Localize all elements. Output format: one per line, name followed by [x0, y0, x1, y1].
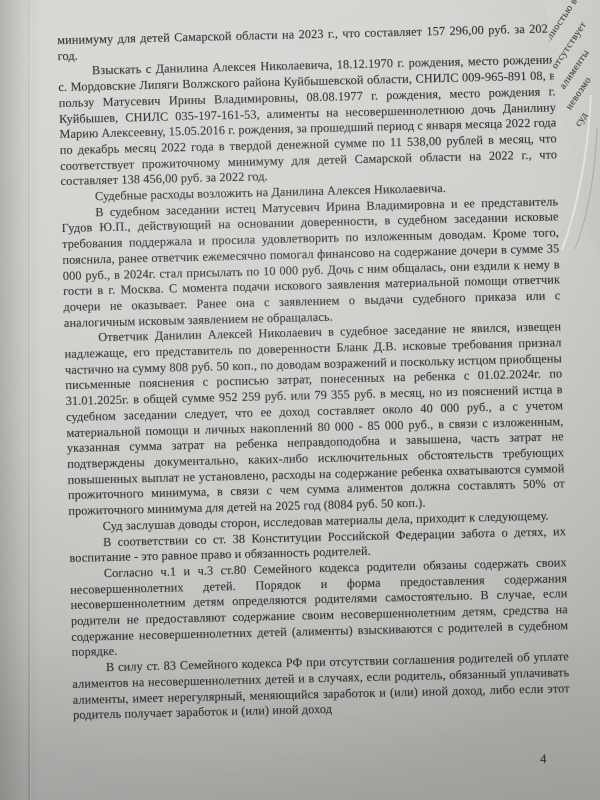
back-page-text-fragment: суд — [573, 110, 590, 129]
document-text: минимуму для детей Самарской области на … — [57, 21, 570, 723]
paragraph-st80-semeyniy-kodeks: Согласно ч.1 и ч.3 ст.80 Семейного кодек… — [70, 555, 569, 661]
paragraph-istec: В судебном заседании истец Матусевич Ири… — [61, 194, 561, 331]
document-page: минимуму для детей Самарской области на … — [0, 0, 600, 800]
page-number: 4 — [540, 752, 546, 767]
paper-fold-crease — [28, 0, 30, 800]
paragraph-otvetchik: Ответчик Данилин Алексей Николаевич в су… — [64, 320, 565, 520]
photo-of-document: минимуму для детей Самарской области на … — [0, 0, 600, 800]
paragraph-vzyskat: Взыскать с Данилина Алексея Николаевича,… — [58, 53, 558, 190]
paragraph-st83-semeyniy-kodeks: В силу ст. 83 Семейного кодекса РФ при о… — [72, 649, 570, 724]
